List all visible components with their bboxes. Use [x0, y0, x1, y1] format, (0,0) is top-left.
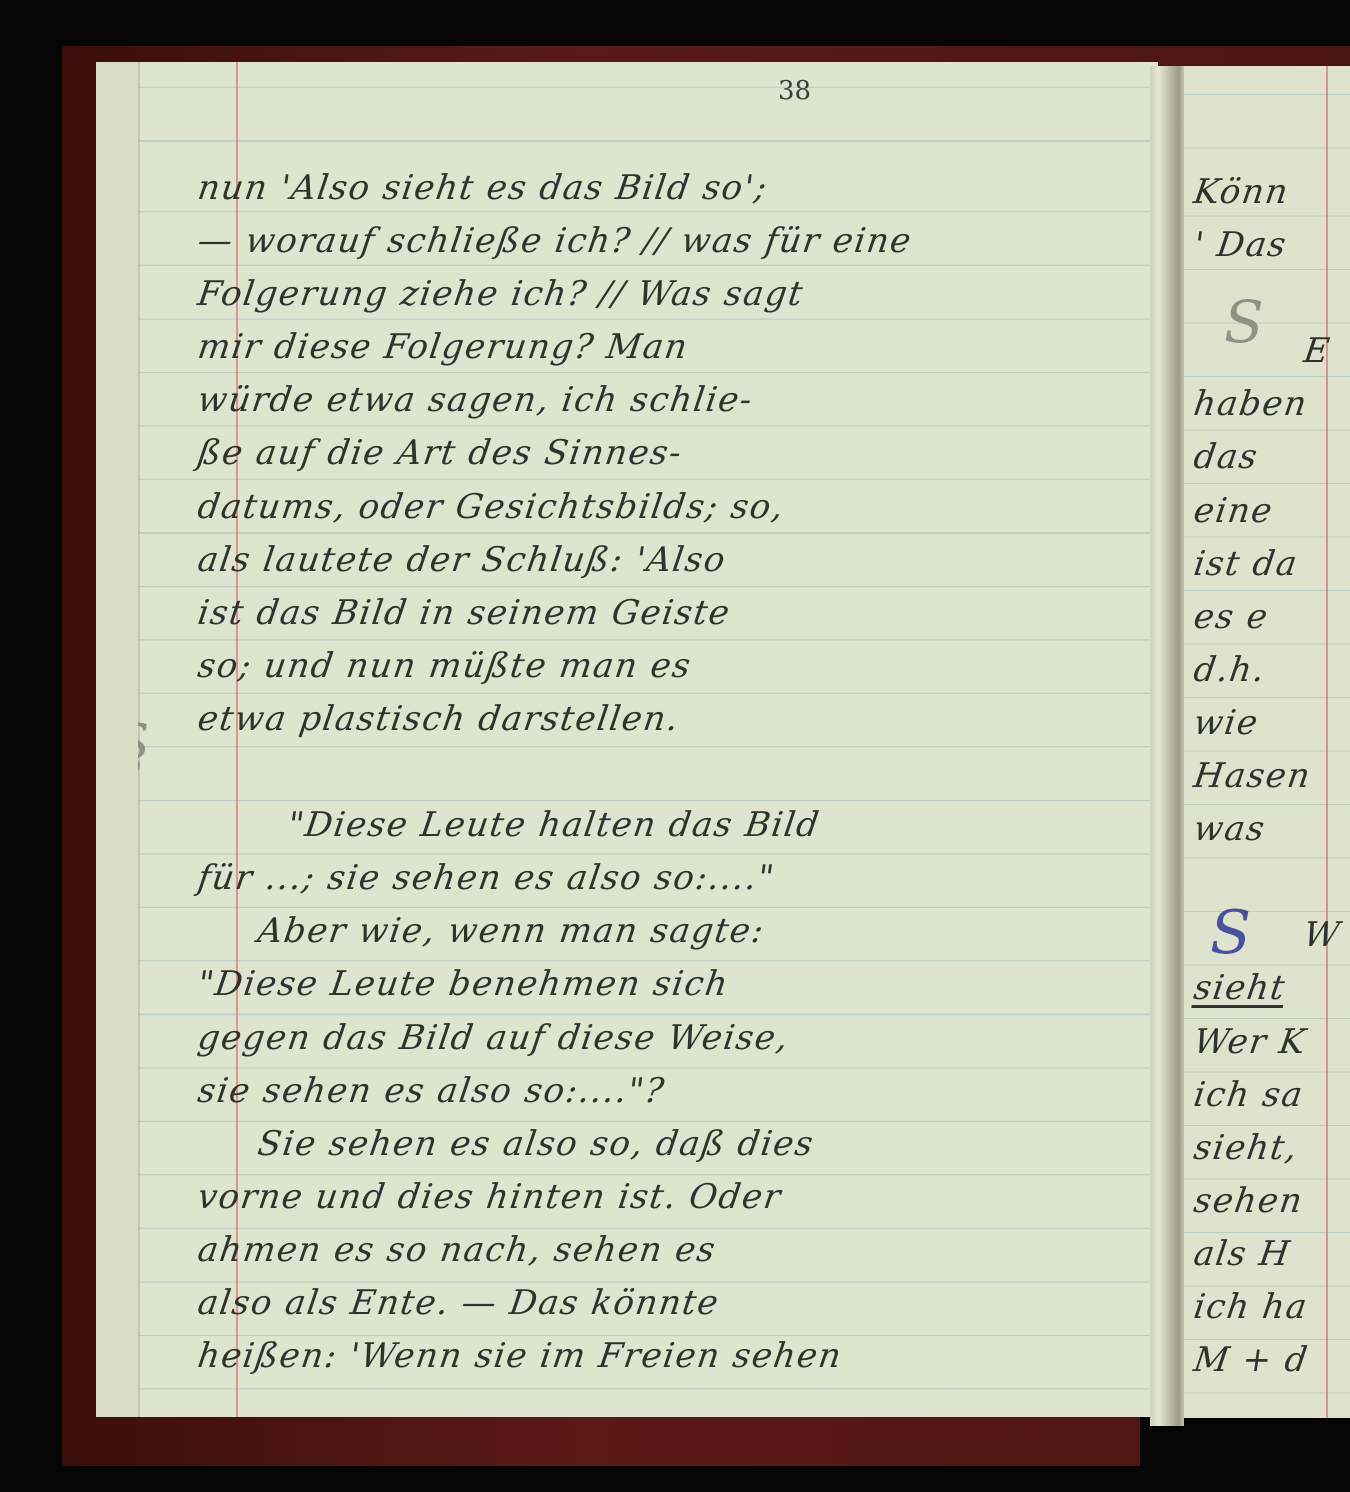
left-page: 38 § nun 'Also sieht es das Bild so'; — …: [96, 62, 1158, 1417]
text-line: so; und nun müßte man es: [194, 640, 1151, 693]
text-line: ich sa: [1190, 1069, 1344, 1122]
text-line: sehen: [1190, 1175, 1344, 1228]
text-line: d.h.: [1190, 644, 1344, 697]
text-line: es e: [1190, 591, 1344, 644]
text-line: wie: [1190, 697, 1344, 750]
text-line: nun 'Also sieht es das Bild so';: [194, 162, 1151, 215]
text-line: sieht: [1190, 962, 1344, 1015]
blank-line: [194, 746, 1151, 799]
text-line: also als Ente. — Das könnte: [194, 1277, 1151, 1330]
text-line: als lautete der Schluß: 'Also: [194, 534, 1151, 587]
text-line: das: [1190, 431, 1344, 484]
text-line: Wer K: [1190, 1016, 1344, 1069]
handwritten-text: nun 'Also sieht es das Bild so'; — worau…: [198, 162, 1148, 1383]
text-line: mir diese Folgerung? Man: [194, 321, 1151, 374]
text-line: E: [1190, 325, 1344, 378]
text-line: etwa plastisch darstellen.: [194, 693, 1151, 746]
text-line: Aber wie, wenn man sagte:: [194, 905, 1151, 958]
page-number: 38: [778, 76, 811, 106]
text-line: datums, oder Gesichtsbilds; so,: [194, 481, 1151, 534]
text-line: ße auf die Art des Sinnes-: [194, 427, 1151, 480]
text-line: heißen: 'Wenn sie im Freien sehen: [194, 1330, 1151, 1383]
text-line: eine: [1190, 485, 1344, 538]
text-line: "Diese Leute halten das Bild: [194, 799, 1151, 852]
text-line: — worauf schließe ich? // was für eine: [194, 215, 1151, 268]
section-mark-icon: §: [116, 712, 148, 786]
blank-line: [1190, 272, 1344, 325]
blank-line: [1190, 856, 1344, 909]
text-line: ' Das: [1190, 219, 1344, 272]
text-line: als H: [1190, 1228, 1344, 1281]
text-line: Könn: [1190, 166, 1344, 219]
handwritten-text-cut-off: Könn ' Das E haben das eine ist da es e …: [1194, 166, 1340, 1387]
text-line: ich ha: [1190, 1281, 1344, 1334]
text-line: ist da: [1190, 538, 1344, 591]
text-line: ist das Bild in seinem Geiste: [194, 587, 1151, 640]
text-line: vorne und dies hinten ist. Oder: [194, 1171, 1151, 1224]
text-line: "Diese Leute benehmen sich: [194, 958, 1151, 1011]
text-line: würde etwa sagen, ich schlie-: [194, 374, 1151, 427]
text-line: Folgerung ziehe ich? // Was sagt: [194, 268, 1151, 321]
text-line: haben: [1190, 378, 1344, 431]
right-page: S S Könn ' Das E haben das eine ist da e…: [1184, 66, 1350, 1418]
text-line: für ...; sie sehen es also so:....": [194, 852, 1151, 905]
text-line: M + d: [1190, 1334, 1344, 1387]
text-line: gegen das Bild auf diese Weise,: [194, 1012, 1151, 1065]
text-line: Sie sehen es also so, daß dies: [194, 1118, 1151, 1171]
text-line: sie sehen es also so:...."?: [194, 1065, 1151, 1118]
text-line: sieht,: [1190, 1122, 1344, 1175]
text-line: W: [1190, 909, 1344, 962]
text-line: ahmen es so nach, sehen es: [194, 1224, 1151, 1277]
book-gutter: [1150, 66, 1184, 1426]
text-line: was: [1190, 803, 1344, 856]
text-line: Hasen: [1190, 750, 1344, 803]
